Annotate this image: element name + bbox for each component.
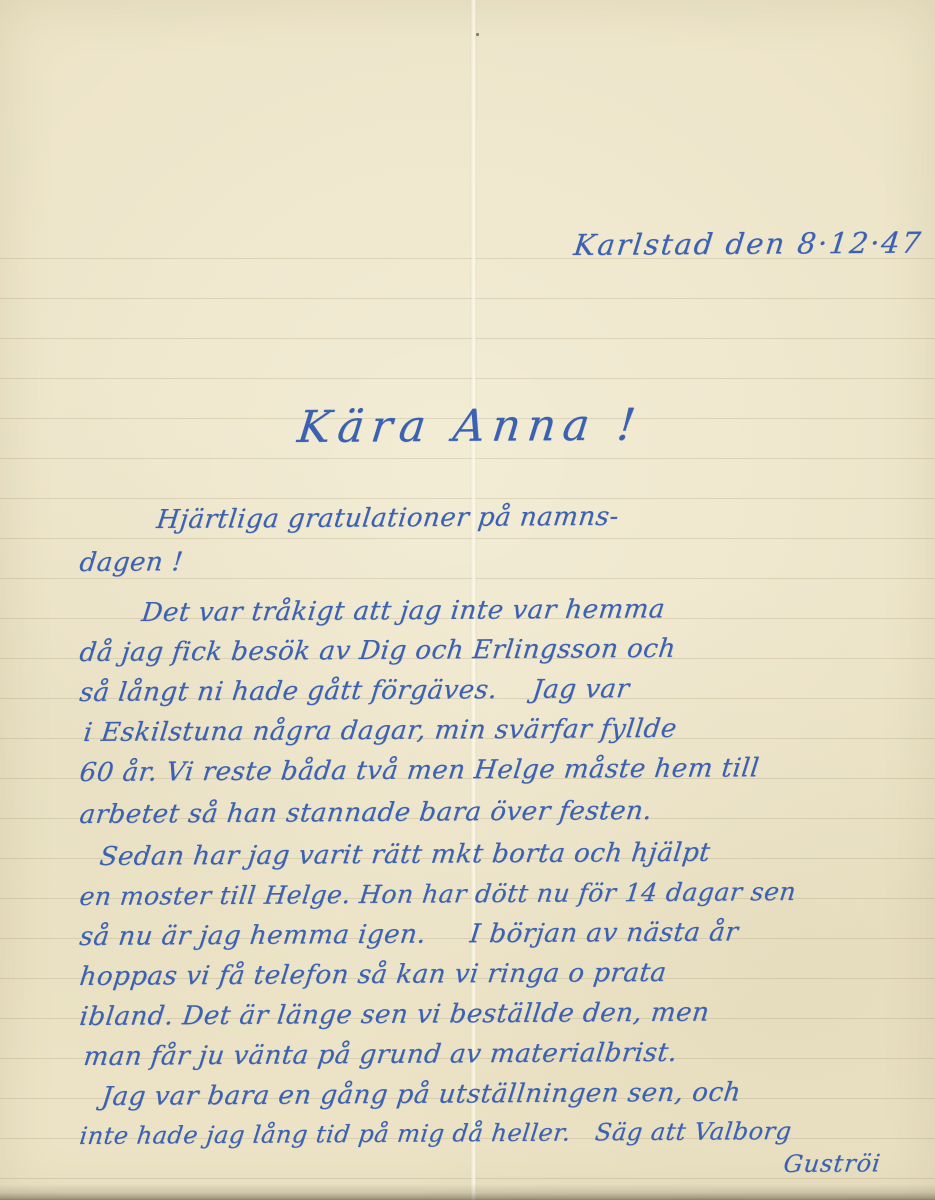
letter-line: Sedan har jag varit rätt mkt borta och h… — [98, 838, 712, 872]
letter-line: Det var tråkigt att jag inte var hemma — [140, 594, 667, 628]
letter-line: arbetet så han stannade bara över festen… — [78, 796, 654, 830]
letter-line: man får ju vänta på grund av materialbri… — [82, 1038, 679, 1072]
letter-line: dagen ! — [78, 547, 185, 578]
paper-speck — [476, 33, 479, 36]
letter-line: så nu är jag hemma igen. I början av näs… — [78, 917, 740, 952]
letter-line: i Eskilstuna några dagar, min svärfar fy… — [82, 714, 679, 748]
letter-line: Jag var bara en gång på utställningen se… — [100, 1078, 743, 1112]
letter-line: så långt ni hade gått förgäves. Jag var — [78, 674, 631, 708]
letter-line: Hjärtliga gratulationer på namns- — [155, 502, 621, 535]
letter-line: ibland. Det är länge sen vi beställde de… — [78, 998, 711, 1032]
salutation: Kära Anna ! — [295, 400, 645, 453]
letter-line: då jag fick besök av Dig och Erlingsson … — [78, 634, 677, 668]
closing-fragment: Guströi — [782, 1149, 883, 1178]
letter-line: 60 år. Vi reste båda två men Helge måste… — [78, 753, 761, 788]
letter-line: en moster till Helge. Hon har dött nu fö… — [78, 877, 798, 911]
letter-line: inte hade jag lång tid på mig då heller.… — [78, 1117, 793, 1150]
date-line: Karlstad den 8·12·47 — [572, 226, 924, 262]
scan-edge-shadow — [0, 1184, 935, 1200]
letter-line: hoppas vi få telefon så kan vi ringa o p… — [78, 958, 668, 992]
letter-page: Karlstad den 8·12·47 Kära Anna ! Hjärtli… — [0, 0, 935, 1200]
